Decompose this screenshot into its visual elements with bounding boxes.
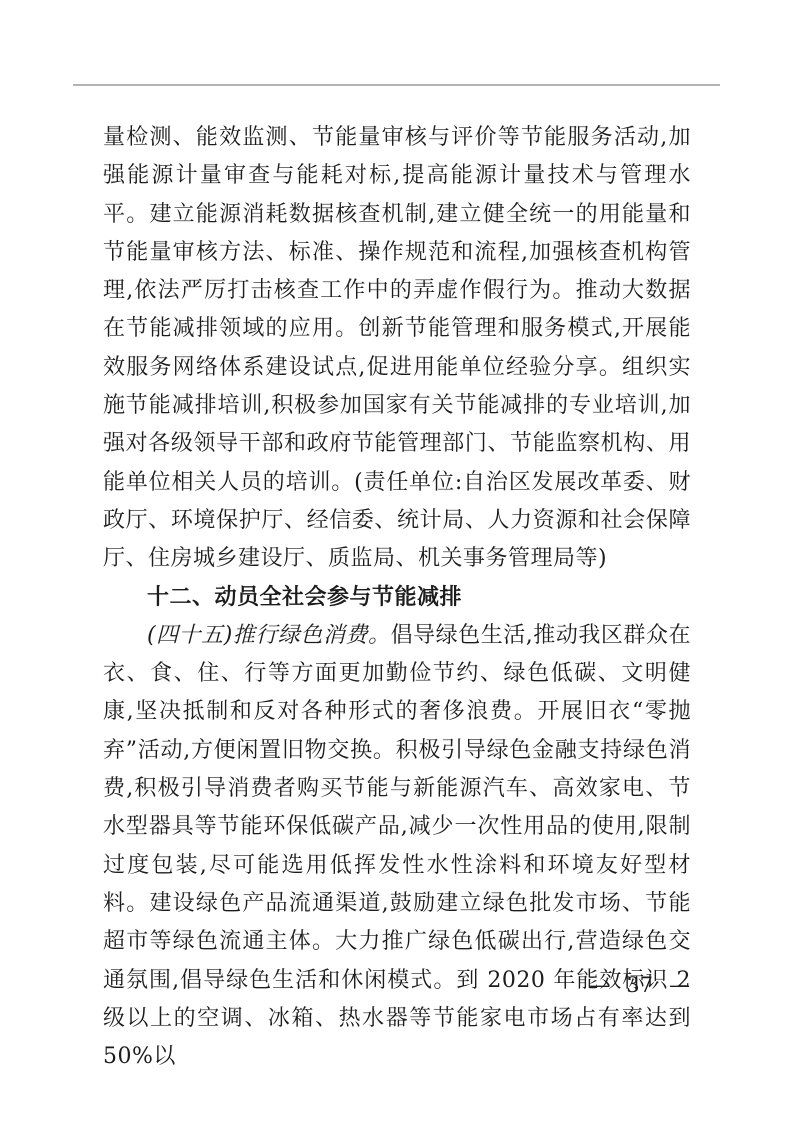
document-page: 量检测、能效监测、节能量审核与评价等节能服务活动,加强能源计量审查与能耗对标,提…: [0, 0, 793, 1122]
footer-dash-right: —: [669, 971, 690, 999]
page-body: 量检测、能效监测、节能量审核与评价等节能服务活动,加强能源计量审查与能耗对标,提…: [103, 119, 691, 1076]
page-number: 37: [626, 971, 653, 999]
clause-text: 倡导绿色生活,推动我区群众在衣、食、住、行等方面更加勤俭节约、绿色低碳、文明健康…: [103, 623, 691, 1069]
body-paragraph-continuation: 量检测、能效监测、节能量审核与评价等节能服务活动,加强能源计量审查与能耗对标,提…: [103, 119, 691, 579]
section-heading: 十二、动员全社会参与节能减排: [103, 579, 691, 617]
page-footer: — 37 —: [589, 971, 690, 999]
clause-title: (四十五)推行绿色消费。: [147, 623, 391, 648]
footer-dash-left: —: [589, 971, 610, 999]
clause-paragraph: (四十五)推行绿色消费。倡导绿色生活,推动我区群众在衣、食、住、行等方面更加勤俭…: [103, 617, 691, 1077]
header-rule: [73, 84, 720, 86]
